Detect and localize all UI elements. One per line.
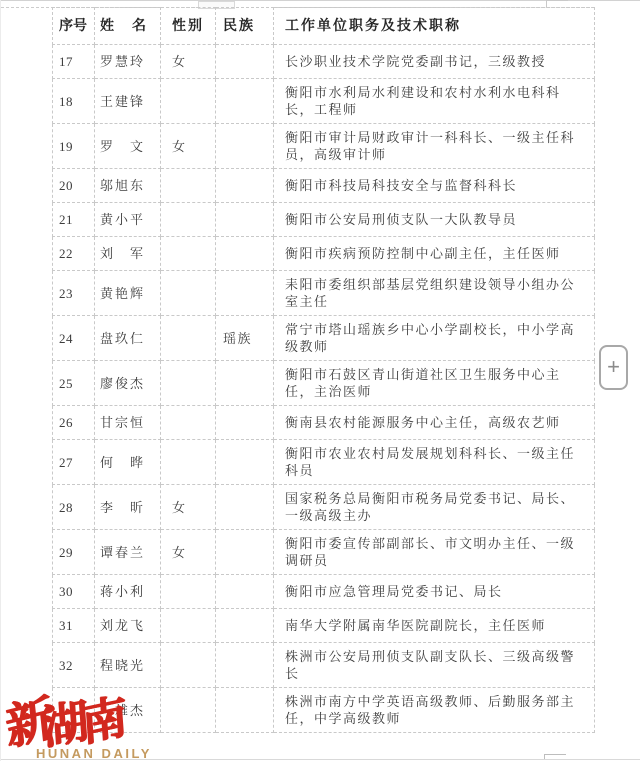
col-header-no: 序号: [53, 8, 95, 45]
table-row: 19 罗 文 女 衡阳市审计局财政审计一科科长、一级主任科员，高级审计师: [53, 124, 595, 169]
cell-title: 衡阳市石鼓区青山街道社区卫生服务中心主任，主治医师: [274, 361, 595, 406]
zoom-in-button[interactable]: +: [599, 345, 628, 390]
table-row: 23 黄艳辉 耒阳市委组织部基层党组织建设领导小组办公室主任: [53, 271, 595, 316]
table-row: 18 王建锋 衡阳市水利局水利建设和农村水利水电科科长，工程师: [53, 79, 595, 124]
bottom-edge-line: [1, 759, 640, 760]
cell-title: 衡阳市农业农村局发展规划科科长、一级主任科员: [274, 440, 595, 485]
cell-ethnicity: [216, 406, 274, 440]
cell-gender: [161, 361, 216, 406]
cell-ethnicity: [216, 124, 274, 169]
cell-name: 雄杰: [95, 688, 161, 733]
cell-name: 黄小平: [95, 203, 161, 237]
cell-name: 甘宗恒: [95, 406, 161, 440]
cell-gender: [161, 169, 216, 203]
cell-no: 18: [53, 79, 95, 124]
cell-name: 王建锋: [95, 79, 161, 124]
cell-no: 26: [53, 406, 95, 440]
table-row: 31 刘龙飞 南华大学附属南华医院副院长，主任医师: [53, 609, 595, 643]
table-row: 17 罗慧玲 女 长沙职业技术学院党委副书记，三级教授: [53, 45, 595, 79]
cell-name: 罗慧玲: [95, 45, 161, 79]
cell-title: 国家税务总局衡阳市税务局党委书记、局长、一级高级主办: [274, 485, 595, 530]
cell-gender: [161, 316, 216, 361]
col-header-name: 姓 名: [95, 8, 161, 45]
cell-title: 衡阳市科技局科技安全与监督科科长: [274, 169, 595, 203]
award-roster-table: 序号 姓 名 性别 民族 工作单位职务及技术职称 17 罗慧玲 女 长沙职业技术…: [52, 7, 595, 733]
cell-title: 衡南县农村能源服务中心主任，高级农艺师: [274, 406, 595, 440]
cell-gender: [161, 440, 216, 485]
table-row: 25 廖俊杰 衡阳市石鼓区青山街道社区卫生服务中心主任，主治医师: [53, 361, 595, 406]
cell-gender: [161, 203, 216, 237]
table-row: 雄杰 株洲市南方中学英语高级教师、后勤服务部主任，中学高级教师: [53, 688, 595, 733]
cell-gender: 女: [161, 530, 216, 575]
cell-ethnicity: [216, 609, 274, 643]
cell-no: 28: [53, 485, 95, 530]
cell-title: 衡阳市公安局刑侦支队一大队教导员: [274, 203, 595, 237]
cell-ethnicity: [216, 203, 274, 237]
cell-name: 李 昕: [95, 485, 161, 530]
cell-title: 衡阳市疾病预防控制中心副主任，主任医师: [274, 237, 595, 271]
table-row: 21 黄小平 衡阳市公安局刑侦支队一大队教导员: [53, 203, 595, 237]
cell-name: 蒋小利: [95, 575, 161, 609]
cell-title: 常宁市塔山瑶族乡中心小学副校长，中小学高级教师: [274, 316, 595, 361]
cell-ethnicity: 瑶族: [216, 316, 274, 361]
cell-no: 32: [53, 643, 95, 688]
table-row: 32 程晓光 株洲市公安局刑侦支队副支队长、三级高级警长: [53, 643, 595, 688]
cell-title: 衡阳市审计局财政审计一科科长、一级主任科员，高级审计师: [274, 124, 595, 169]
col-header-title: 工作单位职务及技术职称: [274, 8, 595, 45]
cell-name: 盘玖仁: [95, 316, 161, 361]
cell-title: 衡阳市应急管理局党委书记、局长: [274, 575, 595, 609]
cell-no: 24: [53, 316, 95, 361]
cell-no: 25: [53, 361, 95, 406]
cell-name: 廖俊杰: [95, 361, 161, 406]
col-header-gender: 性别: [161, 8, 216, 45]
cell-gender: [161, 575, 216, 609]
cell-ethnicity: [216, 237, 274, 271]
cell-title: 衡阳市委宣传部副部长、市文明办主任、一级调研员: [274, 530, 595, 575]
table-row: 28 李 昕 女 国家税务总局衡阳市税务局党委书记、局长、一级高级主办: [53, 485, 595, 530]
cell-no: [53, 688, 95, 733]
cell-gender: [161, 237, 216, 271]
cell-ethnicity: [216, 688, 274, 733]
cell-ethnicity: [216, 169, 274, 203]
cell-no: 22: [53, 237, 95, 271]
cell-gender: [161, 406, 216, 440]
cell-ethnicity: [216, 575, 274, 609]
table-header-row: 序号 姓 名 性别 民族 工作单位职务及技术职称: [53, 8, 595, 45]
cell-gender: [161, 79, 216, 124]
screenshot-root: 序号 姓 名 性别 民族 工作单位职务及技术职称 17 罗慧玲 女 长沙职业技术…: [0, 0, 640, 761]
cell-name: 罗 文: [95, 124, 161, 169]
table-row: 29 谭春兰 女 衡阳市委宣传部副部长、市文明办主任、一级调研员: [53, 530, 595, 575]
col-header-ethnicity: 民族: [216, 8, 274, 45]
table-row: 22 刘 军 衡阳市疾病预防控制中心副主任，主任医师: [53, 237, 595, 271]
cell-no: 29: [53, 530, 95, 575]
cell-name: 谭春兰: [95, 530, 161, 575]
cell-title: 株洲市南方中学英语高级教师、后勤服务部主任，中学高级教师: [274, 688, 595, 733]
cell-no: 17: [53, 45, 95, 79]
cell-ethnicity: [216, 440, 274, 485]
cell-gender: [161, 271, 216, 316]
cell-ethnicity: [216, 45, 274, 79]
cell-title: 株洲市公安局刑侦支队副支队长、三级高级警长: [274, 643, 595, 688]
cell-gender: 女: [161, 45, 216, 79]
table-row: 20 邬旭东 衡阳市科技局科技安全与监督科科长: [53, 169, 595, 203]
cell-name: 刘龙飞: [95, 609, 161, 643]
cell-name: 何 晔: [95, 440, 161, 485]
cell-no: 27: [53, 440, 95, 485]
cell-name: 刘 军: [95, 237, 161, 271]
cell-ethnicity: [216, 271, 274, 316]
cell-name: 程晓光: [95, 643, 161, 688]
cell-title: 南华大学附属南华医院副院长，主任医师: [274, 609, 595, 643]
cell-gender: [161, 643, 216, 688]
cell-ethnicity: [216, 485, 274, 530]
cell-no: 30: [53, 575, 95, 609]
table-row: 24 盘玖仁 瑶族 常宁市塔山瑶族乡中心小学副校长，中小学高级教师: [53, 316, 595, 361]
cell-ethnicity: [216, 643, 274, 688]
cell-gender: 女: [161, 485, 216, 530]
page-break-mark-right: [546, 0, 568, 7]
cell-ethnicity: [216, 361, 274, 406]
cell-no: 20: [53, 169, 95, 203]
cell-no: 23: [53, 271, 95, 316]
cell-no: 19: [53, 124, 95, 169]
table-row: 26 甘宗恒 衡南县农村能源服务中心主任，高级农艺师: [53, 406, 595, 440]
top-edge-line: [1, 0, 640, 1]
cell-name: 黄艳辉: [95, 271, 161, 316]
cell-title: 耒阳市委组织部基层党组织建设领导小组办公室主任: [274, 271, 595, 316]
cell-ethnicity: [216, 530, 274, 575]
logo-char-xin: 新: [2, 678, 56, 759]
cell-gender: [161, 688, 216, 733]
table-row: 30 蒋小利 衡阳市应急管理局党委书记、局长: [53, 575, 595, 609]
cell-no: 31: [53, 609, 95, 643]
cell-no: 21: [53, 203, 95, 237]
table-row: 27 何 晔 衡阳市农业农村局发展规划科科长、一级主任科员: [53, 440, 595, 485]
cell-title: 衡阳市水利局水利建设和农村水利水电科科长，工程师: [274, 79, 595, 124]
cell-gender: [161, 609, 216, 643]
cell-gender: 女: [161, 124, 216, 169]
cell-ethnicity: [216, 79, 274, 124]
cell-title: 长沙职业技术学院党委副书记，三级教授: [274, 45, 595, 79]
cell-name: 邬旭东: [95, 169, 161, 203]
